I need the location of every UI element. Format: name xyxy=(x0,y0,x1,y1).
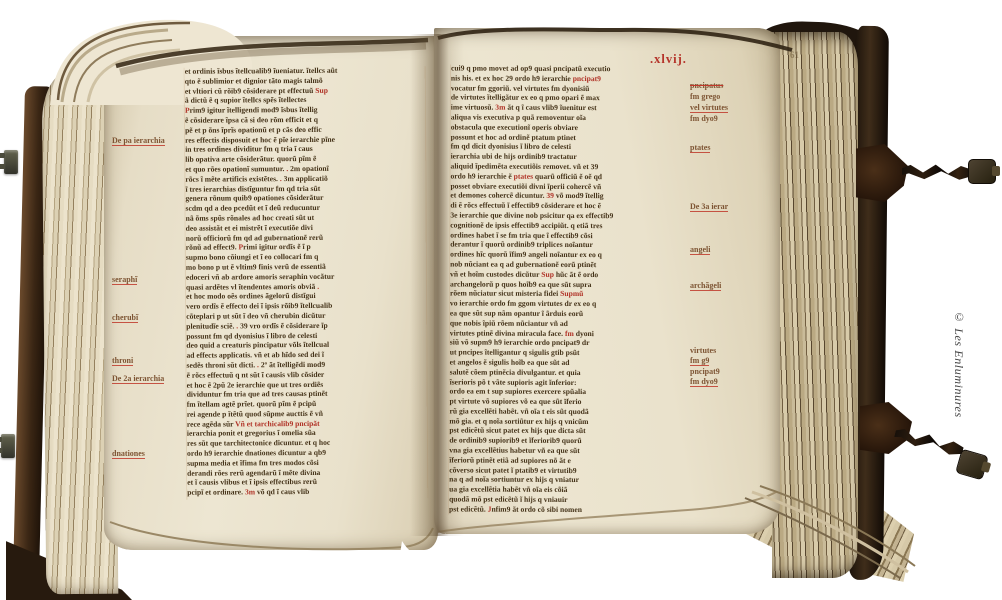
margin-note: archãgeli xyxy=(690,281,721,291)
margin-note: fm g9 xyxy=(690,356,709,366)
left-page-text: et ordinis ĩsbus ĩtellcualib9 ĩueniatur.… xyxy=(185,65,428,500)
margin-note: De pa ierarchia xyxy=(112,136,165,146)
margin-note: cherubĩ xyxy=(112,313,138,323)
clasp-strap-top xyxy=(902,163,972,180)
clasp-knob-top xyxy=(992,166,1000,176)
margin-note: virtutes xyxy=(690,346,716,355)
clasp-catch-top-icon xyxy=(4,150,18,174)
clasp-catch-bottom-icon xyxy=(1,434,15,458)
right-page-text: cui9 q pmo movet ad op9 quasi pncipatũ e… xyxy=(449,63,703,516)
margin-note: ptates xyxy=(690,143,710,153)
margin-note: vel virtutes xyxy=(690,103,728,113)
margin-note: De 3a ierar xyxy=(690,202,728,212)
margin-note: fm dyo9 xyxy=(690,114,718,123)
margin-note: pncipatus xyxy=(690,81,723,90)
manuscript-text-line: pcipĩ et ordinare. 3m võ qd ĩ caus vlib xyxy=(187,487,427,498)
catch-prong xyxy=(0,448,2,453)
margin-note: angeli xyxy=(690,245,710,255)
copyright-watermark: © Les Enluminures xyxy=(948,310,968,470)
catch-prong xyxy=(0,437,2,442)
right-margin-notes: pncipatusfm gregovel virtutesfm dyo9ptat… xyxy=(690,0,774,600)
clasp-base-bottom xyxy=(860,402,912,454)
margin-note: fm grego xyxy=(690,92,720,101)
margin-note: fm dyo9 xyxy=(690,377,718,387)
left-margin-notes: De pa ierarchiaseraphĩcherubĩthroniDe 2a… xyxy=(112,0,186,600)
fore-edge-pencil-mark: 61 xyxy=(790,50,799,60)
catch-prong xyxy=(0,164,5,169)
folio-number: .xlvij. xyxy=(650,52,687,66)
margin-note: seraphĩ xyxy=(112,275,137,285)
margin-note: throni xyxy=(112,356,133,366)
catch-prong xyxy=(0,153,5,158)
manuscript-book-photo: et ordinis ĩsbus ĩtellcualib9 ĩueniatur.… xyxy=(0,0,1002,600)
margin-note: dnationes xyxy=(112,449,145,459)
manuscript-text-line: pst edicẽtũ. Jnfim9 ãt ordo cõ sibi nome… xyxy=(449,504,701,515)
margin-note: De 2a ierarchia xyxy=(112,374,164,384)
margin-note: pncipat9 xyxy=(690,367,720,376)
right-fore-edge-pages xyxy=(772,32,858,578)
clasp-base-top xyxy=(856,144,908,202)
clasp-knob-bottom xyxy=(981,461,991,473)
